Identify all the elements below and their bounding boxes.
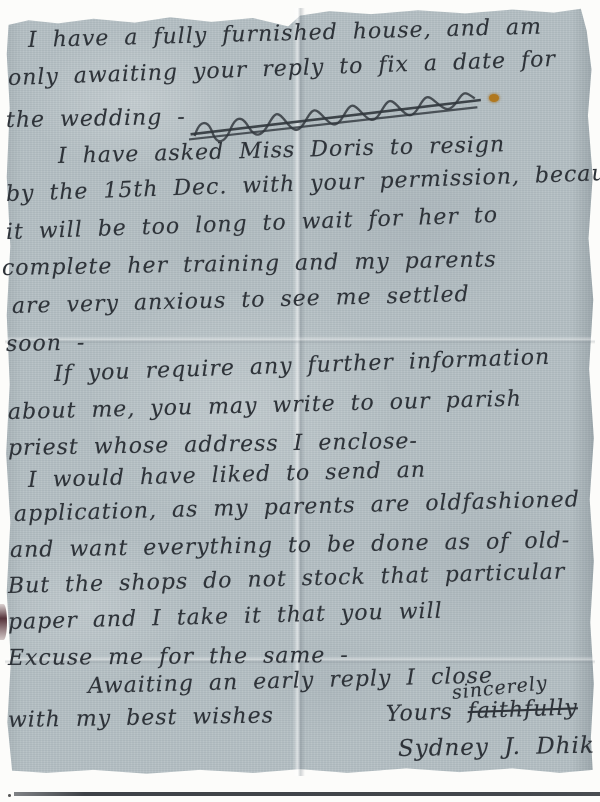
edge-stain — [0, 604, 7, 640]
letter-line: soon - — [6, 333, 86, 356]
scanner-edge-line — [14, 792, 600, 796]
scanned-letter-page: I have a fully furnished house, and am o… — [0, 0, 600, 802]
letter-line: with my best wishes — [8, 705, 274, 732]
ink-stain — [489, 94, 499, 102]
letter-line: the wedding - — [6, 107, 186, 132]
scanner-speck — [8, 794, 11, 797]
closing-yours: Yours — [386, 700, 454, 727]
signature: Sydney J. Dhik . — [398, 734, 600, 761]
letter-line: Excuse me for the same - — [8, 645, 349, 670]
